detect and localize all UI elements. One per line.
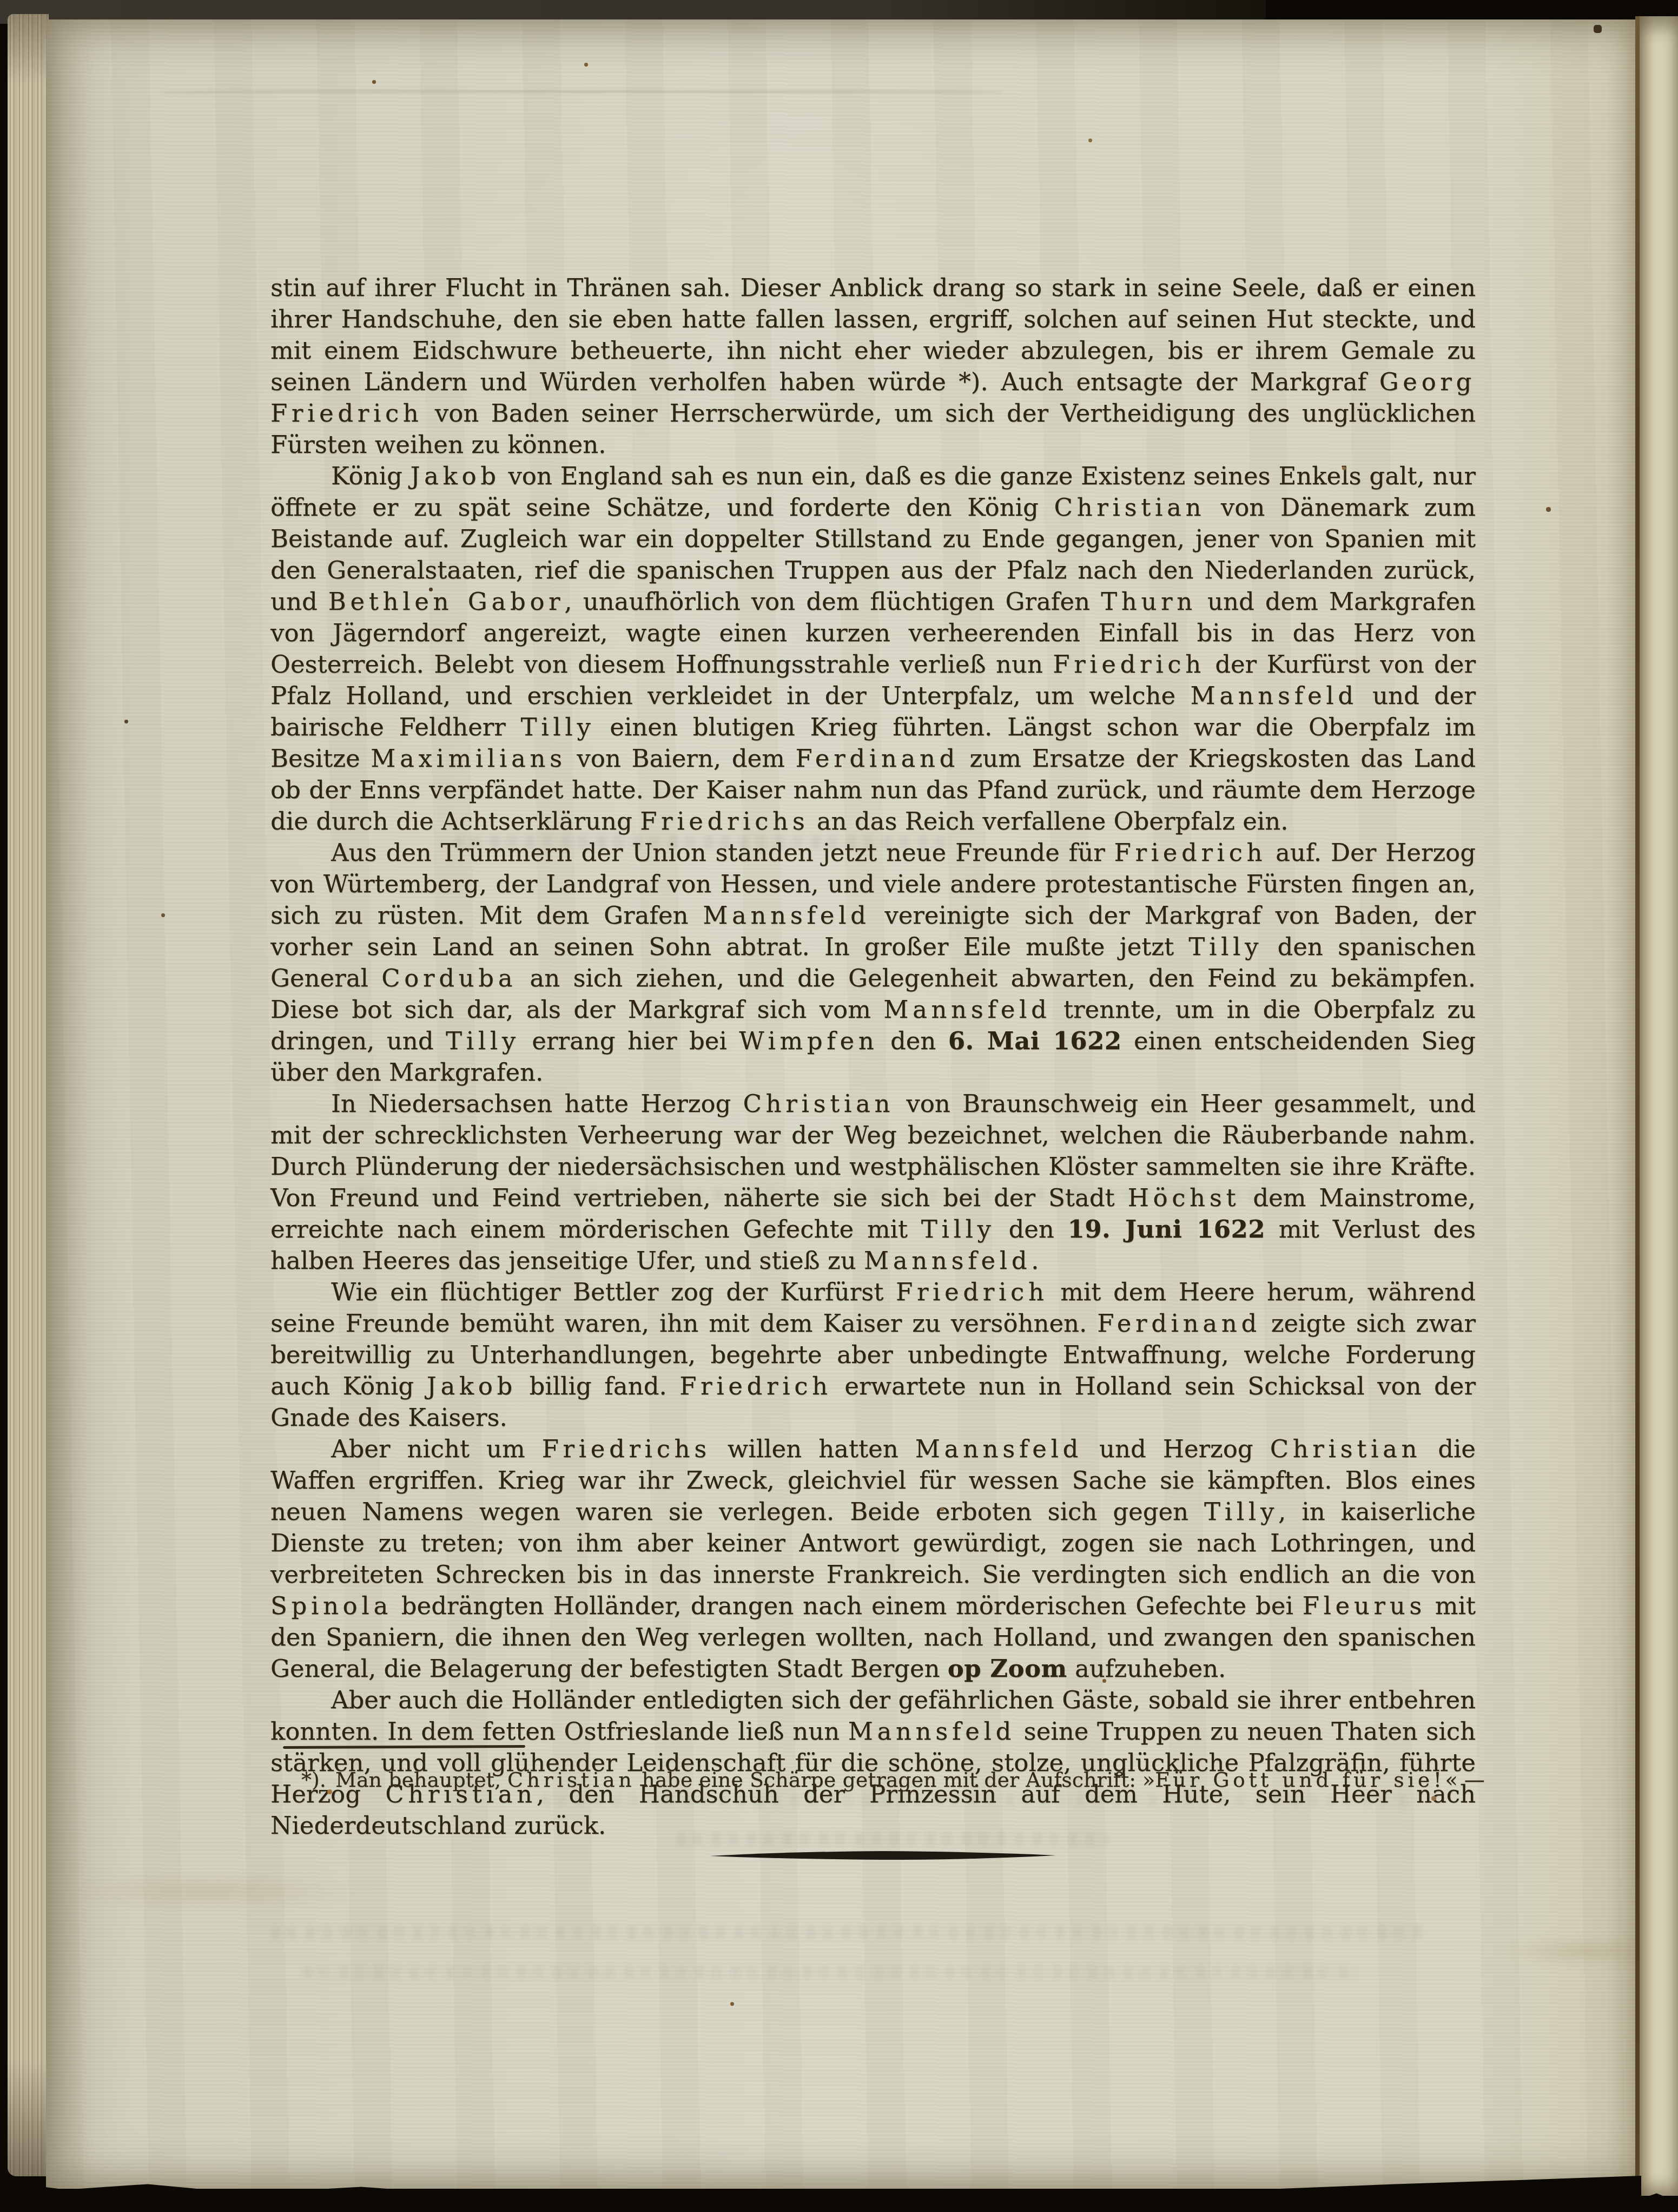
spaced-name: Ferdinand	[795, 744, 959, 773]
spaced-name: Jakob	[410, 462, 500, 490]
underlying-page-edge	[1640, 16, 1678, 2196]
spaced-name: Mannsfeld	[703, 901, 870, 930]
body-text: König	[331, 462, 410, 490]
text-block: stin auf ihrer Flucht in Thränen sah. Di…	[270, 272, 1476, 1841]
spaced-name: Für Gott und für sie!	[1155, 1768, 1445, 1792]
lens-divider-shape	[710, 1849, 1056, 1861]
spaced-name: Tilly	[1204, 1497, 1278, 1526]
spaced-name: Ferdinand	[1097, 1309, 1261, 1338]
body-text: billig fand.	[517, 1372, 679, 1400]
spaced-name: Friedrichs	[542, 1434, 711, 1463]
body-text: Wie ein flüchtiger Bettler zog der Kurfü…	[331, 1278, 896, 1306]
body-text: aufzuheben.	[1067, 1654, 1226, 1683]
spaced-name: Tilly	[1188, 932, 1263, 961]
spaced-name: Wimpfen	[739, 1026, 878, 1055]
book-gutter-page-edges	[8, 14, 49, 2176]
spaced-name: Jakob	[427, 1372, 517, 1400]
spaced-name: Mannsfeld	[864, 1246, 1031, 1275]
paragraph-5: Wie ein flüchtiger Bettler zog der Kurfü…	[270, 1276, 1476, 1433]
spaced-name: Friedrich	[1114, 838, 1267, 867]
spaced-name: Spinola	[270, 1591, 392, 1620]
scanned-book-page: stin auf ihrer Flucht in Thränen sah. Di…	[0, 0, 1678, 2212]
footnote-text: Man behauptet, Christian habe eine Schär…	[335, 1768, 1485, 1792]
body-text: errang hier bei	[520, 1026, 739, 1055]
spaced-name: Christian	[743, 1089, 895, 1118]
spaced-name: Friedrich	[679, 1372, 832, 1400]
paragraph-3: Aus den Trümmern der Union standen jetzt…	[270, 837, 1476, 1088]
body-text: stin auf ihrer Flucht in Thränen sah. Di…	[270, 273, 1476, 396]
spaced-name: Mannsfeld	[848, 1717, 1015, 1746]
spaced-name: Corduba	[381, 964, 517, 992]
body-text: den	[995, 1215, 1068, 1243]
body-text: Man behauptet,	[335, 1768, 507, 1792]
body-text: willen hatten	[711, 1434, 915, 1463]
spaced-name: Bethlen Gabor	[328, 587, 564, 616]
spaced-name: Friedrich	[896, 1278, 1048, 1306]
spaced-name: Friedrich	[1053, 650, 1205, 679]
spaced-name: Tilly	[446, 1026, 520, 1055]
body-text: Aus den Trümmern der Union standen jetzt…	[331, 838, 1114, 867]
body-text: In Niedersachsen hatte Herzog	[331, 1089, 743, 1118]
page-paper: stin auf ihrer Flucht in Thränen sah. Di…	[46, 19, 1640, 2189]
spaced-name: Friedrichs	[640, 807, 809, 835]
spaced-name: Christian	[1054, 493, 1206, 522]
footnote: *).Man behauptet, Christian habe eine Sc…	[270, 1767, 1555, 1793]
body-text: den	[878, 1026, 948, 1055]
body-text: an das Reich verfallene Oberpfalz ein.	[809, 807, 1288, 835]
foxing-specks	[0, 0, 2, 2]
body-text: Aber nicht um	[331, 1434, 542, 1463]
spaced-name: Mannsfeld	[1190, 681, 1357, 710]
paper-stain	[65, 1872, 357, 1910]
body-text: von Baiern, dem	[566, 744, 796, 773]
spaced-name: Mannsfeld	[883, 995, 1051, 1024]
page-fold-crease	[1635, 16, 1640, 2193]
section-divider	[710, 1849, 1056, 1861]
bleedthrough-ghost-line	[303, 1965, 1358, 1979]
body-text: und Herzog	[1082, 1434, 1270, 1463]
spaced-name: Höchst	[1128, 1183, 1240, 1212]
paragraph-4: In Niedersachsen hatte Herzog Christian …	[270, 1088, 1476, 1276]
spaced-name: Christian	[1270, 1434, 1422, 1463]
spaced-name: Thurn	[1101, 587, 1197, 616]
antiqua-emphasis: 6. Mai 1622	[948, 1026, 1122, 1055]
spaced-name: Fleurus	[1303, 1591, 1426, 1620]
body-text: , unaufhörlich von dem flüchtigen Grafen	[564, 587, 1101, 616]
spaced-name: Tilly	[521, 713, 595, 741]
spaced-name: Mannsfeld	[915, 1434, 1082, 1463]
antiqua-emphasis: op Zoom	[948, 1654, 1067, 1683]
footnote-marker: *).	[301, 1768, 326, 1792]
paragraph-2: König Jakob von England sah es nun ein, …	[270, 460, 1476, 837]
antiqua-emphasis: 19. Juni 1622	[1068, 1215, 1265, 1243]
bleedthrough-ghost-line	[270, 1925, 1423, 1939]
body-text: habe eine Schärpe getragen mit der Aufsc…	[635, 1768, 1155, 1792]
paragraph-6: Aber nicht um Friedrichs willen hatten M…	[270, 1433, 1476, 1684]
body-text: bedrängten Holländer, drangen nach einem…	[392, 1591, 1303, 1620]
spaced-name: Maximilians	[371, 744, 566, 773]
paragraph-7: Aber auch die Holländer entledigten sich…	[270, 1684, 1476, 1841]
spaced-name: Christian	[507, 1768, 635, 1792]
paper-crease	[160, 90, 1003, 95]
body-text: von Baden seiner Herrscherwürde, um sich…	[270, 399, 1476, 459]
body-text: .	[1031, 1246, 1039, 1275]
body-text: « —	[1445, 1768, 1484, 1792]
spaced-name: Tilly	[921, 1215, 995, 1243]
paragraph-1: stin auf ihrer Flucht in Thränen sah. Di…	[270, 272, 1476, 460]
